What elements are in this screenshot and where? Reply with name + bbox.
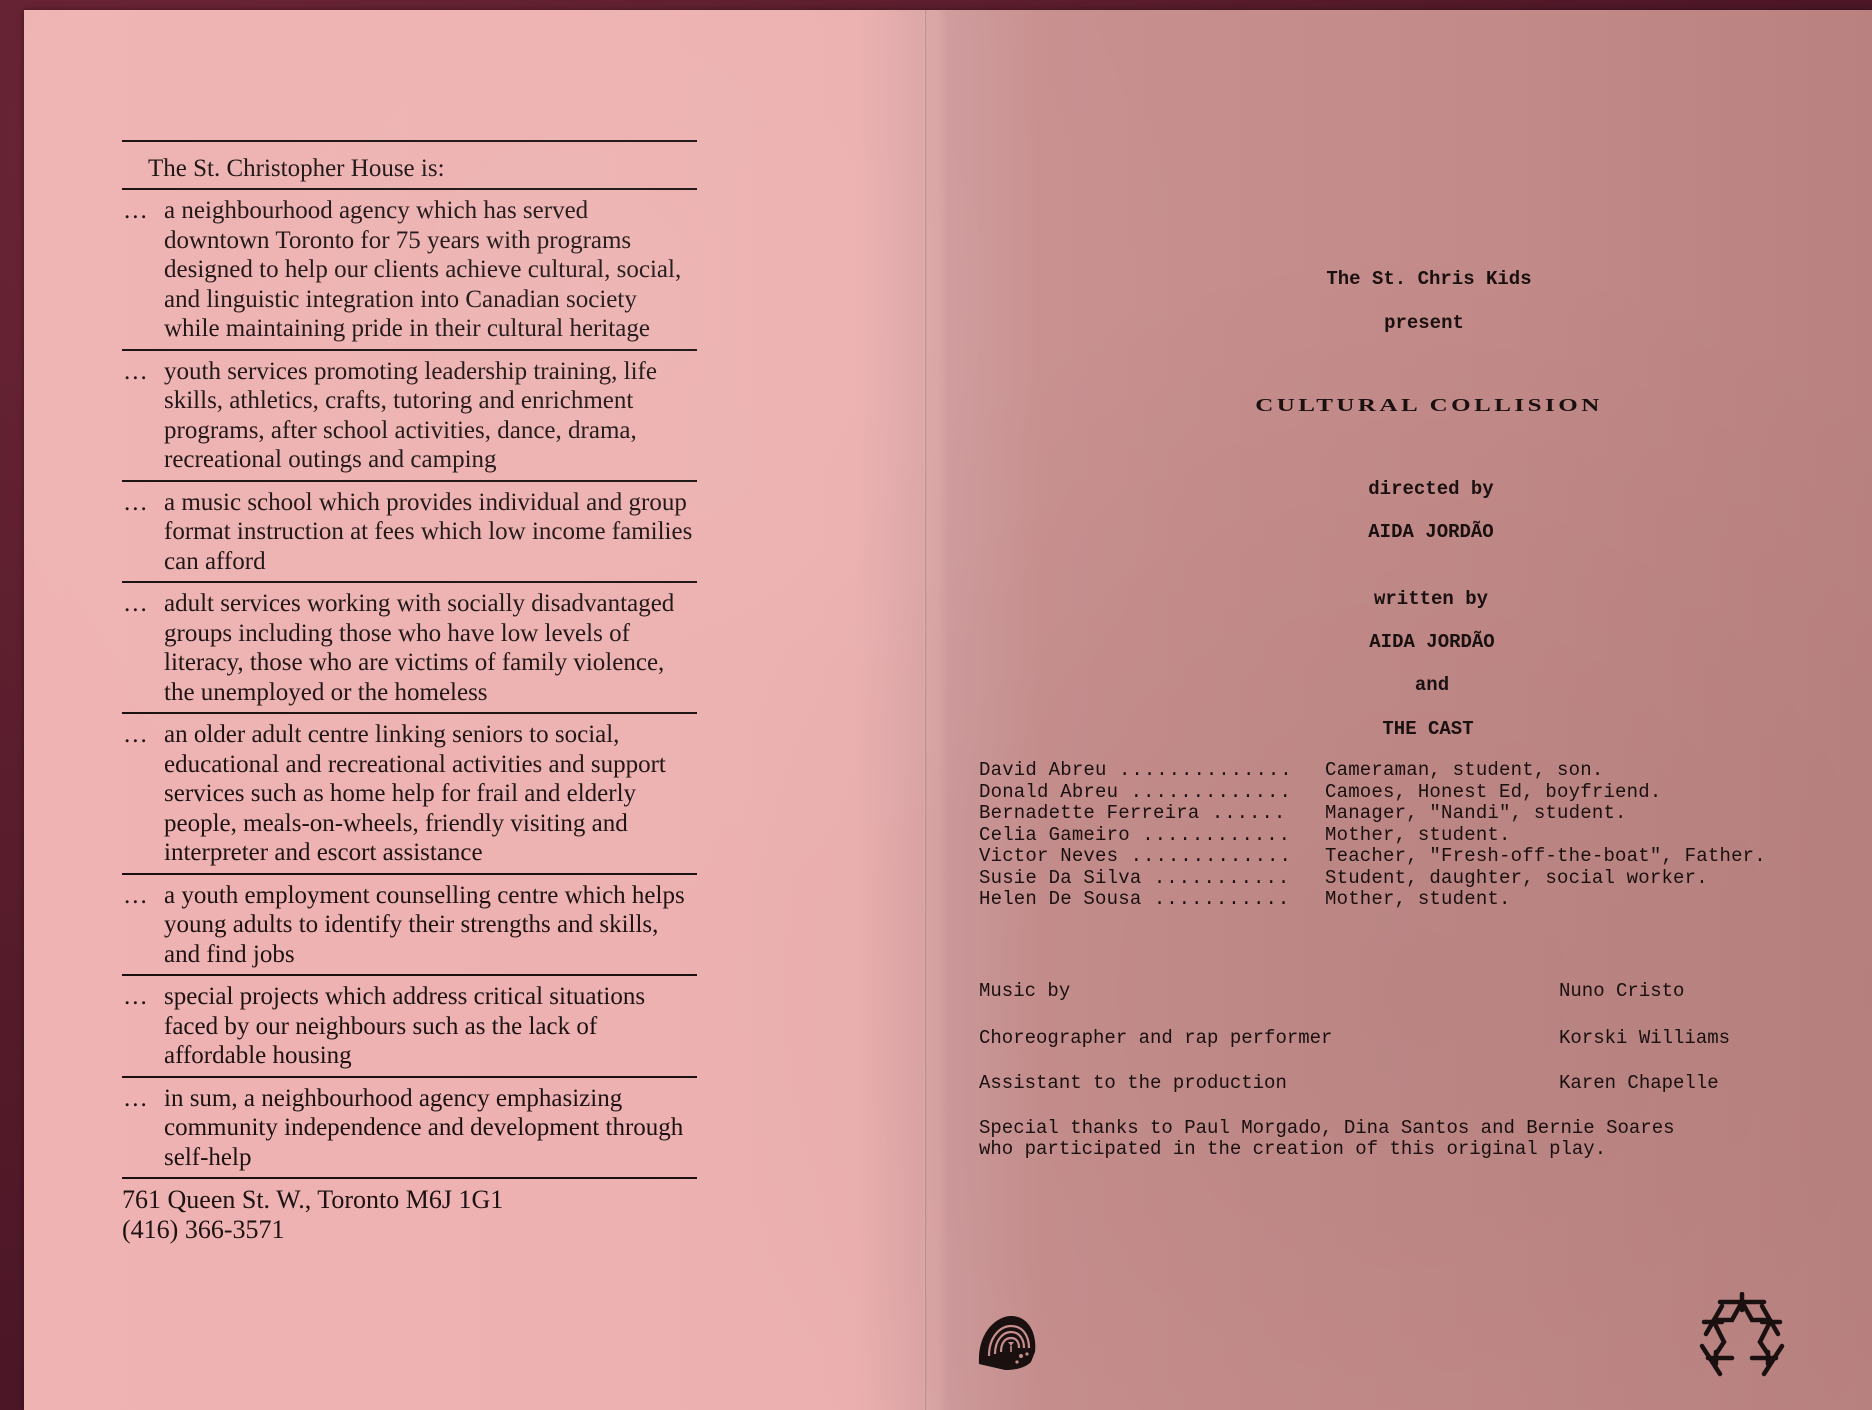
agency-item: ...a neighbourhood agency which has serv…: [122, 190, 697, 349]
ellipsis-lead: ...: [122, 881, 164, 970]
agency-item-text: an older adult centre linking seniors to…: [164, 720, 697, 868]
address-line: 761 Queen St. W., Toronto M6J 1G1: [122, 1185, 697, 1215]
actor-roles: Manager, "Nandi", student.: [1325, 803, 1627, 825]
agency-item: ...a youth employment counselling centre…: [122, 875, 697, 975]
ellipsis-lead: ...: [122, 196, 164, 344]
actor-name: Donald Abreu .............: [979, 782, 1325, 804]
and-label: and: [1182, 674, 1682, 696]
cast-row: Susie Da Silva ...........Student, daugh…: [979, 868, 1766, 890]
agency-item: ...youth services promoting leadership t…: [122, 351, 697, 480]
actor-name: Helen De Sousa ...........: [979, 889, 1325, 911]
actor-roles: Mother, student.: [1325, 825, 1511, 847]
credit-row: Choreographer and rap performer Korski W…: [979, 1027, 1799, 1049]
agency-item: ...in sum, a neighbourhood agency emphas…: [122, 1078, 697, 1178]
actor: Victor Neves: [979, 846, 1118, 867]
play-credits-panel: The St. Chris Kids present CULTURAL COLL…: [979, 10, 1859, 1410]
agency-item-text: youth services promoting leadership trai…: [164, 357, 697, 475]
actor-roles: Student, daughter, social worker.: [1325, 868, 1708, 890]
cast-list: David Abreu ..............Cameraman, stu…: [979, 760, 1766, 911]
present-label: present: [1174, 312, 1674, 334]
cast-row: Bernadette Ferreira ......Manager, "Nand…: [979, 803, 1766, 825]
cast-row: Donald Abreu .............Camoes, Honest…: [979, 782, 1766, 804]
agency-item: ...special projects which address critic…: [122, 976, 697, 1076]
ellipsis-lead: ...: [122, 357, 164, 475]
cast-row: David Abreu ..............Cameraman, stu…: [979, 760, 1766, 782]
agency-item-text: a neighbourhood agency which has served …: [164, 196, 697, 344]
leader-dots: ............: [1130, 825, 1291, 846]
actor: Susie Da Silva: [979, 868, 1141, 889]
actor: Celia Gameiro: [979, 825, 1130, 846]
presenter: The St. Chris Kids: [1179, 268, 1679, 290]
actor-roles: Teacher, "Fresh-off-the-boat", Father.: [1325, 846, 1766, 868]
cast-row: Celia Gameiro ............Mother, studen…: [979, 825, 1766, 847]
phone-number: (416) 366-3571: [122, 1215, 697, 1245]
play-title: CULTURAL COLLISION: [1179, 396, 1679, 416]
agency-item-text: adult services working with socially dis…: [164, 589, 697, 707]
credit-role: Assistant to the production: [979, 1072, 1287, 1094]
actor-name: Bernadette Ferreira ......: [979, 803, 1325, 825]
cast-row: Victor Neves .............Teacher, "Fres…: [979, 846, 1766, 868]
agency-item: ...adult services working with socially …: [122, 583, 697, 712]
credit-role: Music by: [979, 980, 1070, 1002]
actor: Helen De Sousa: [979, 889, 1141, 910]
programme-sheet: The St. Christopher House is: ...a neigh…: [24, 10, 1872, 1410]
actor-roles: Cameraman, student, son.: [1325, 760, 1603, 782]
leader-dots: ......: [1199, 803, 1286, 824]
actor: David Abreu: [979, 760, 1107, 781]
agency-item-text: a youth employment counselling centre wh…: [164, 881, 697, 970]
recycle-star-logo-icon: [1692, 1292, 1792, 1388]
credit-row: Assistant to the production Karen Chapel…: [979, 1072, 1799, 1094]
leader-dots: .............: [1118, 846, 1292, 867]
agency-item: ...an older adult centre linking seniors…: [122, 714, 697, 873]
actor-name: David Abreu ..............: [979, 760, 1325, 782]
agency-item-list: ...a neighbourhood agency which has serv…: [122, 190, 697, 1179]
leader-dots: ..............: [1107, 760, 1293, 781]
ellipsis-lead: ...: [122, 720, 164, 868]
leader-dots: ...........: [1141, 889, 1290, 910]
actor-name: Celia Gameiro ............: [979, 825, 1325, 847]
agency-heading: The St. Christopher House is:: [122, 142, 697, 188]
united-way-logo-icon: [975, 1312, 1039, 1374]
ellipsis-lead: ...: [122, 488, 164, 577]
actor-roles: Camoes, Honest Ed, boyfriend.: [1325, 782, 1661, 804]
credit-role: Choreographer and rap performer: [979, 1027, 1332, 1049]
leader-dots: .............: [1118, 782, 1292, 803]
credit-person: Nuno Cristo: [1559, 980, 1799, 1002]
actor-name: Victor Neves .............: [979, 846, 1325, 868]
actor: Donald Abreu: [979, 782, 1118, 803]
special-thanks: Special thanks to Paul Morgado, Dina San…: [979, 1118, 1839, 1160]
agency-item-text: special projects which address critical …: [164, 982, 697, 1071]
leader-dots: ...........: [1141, 868, 1290, 889]
credit-person: Karen Chapelle: [1559, 1072, 1799, 1094]
credit-row: Music by Nuno Cristo: [979, 980, 1799, 1002]
ellipsis-lead: ...: [122, 1084, 164, 1173]
agency-description-panel: The St. Christopher House is: ...a neigh…: [122, 140, 697, 1245]
credit-person: Korski Williams: [1559, 1027, 1799, 1049]
ellipsis-lead: ...: [122, 589, 164, 707]
agency-address: 761 Queen St. W., Toronto M6J 1G1 (416) …: [122, 1179, 697, 1245]
actor-roles: Mother, student.: [1325, 889, 1511, 911]
writer-name: AIDA JORDÃO: [1182, 631, 1682, 653]
ellipsis-lead: ...: [122, 982, 164, 1071]
actor: Bernadette Ferreira: [979, 803, 1199, 824]
center-fold: [924, 10, 927, 1410]
the-cast-heading: THE CAST: [1178, 718, 1678, 740]
actor-name: Susie Da Silva ...........: [979, 868, 1325, 890]
agency-item-text: in sum, a neighbourhood agency emphasizi…: [164, 1084, 697, 1173]
director-name: AIDA JORDÃO: [1181, 521, 1681, 543]
directed-by-label: directed by: [1181, 478, 1681, 500]
agency-item-text: a music school which provides individual…: [164, 488, 697, 577]
cast-row: Helen De Sousa ...........Mother, studen…: [979, 889, 1766, 911]
written-by-label: written by: [1181, 588, 1681, 610]
agency-item: ...a music school which provides individ…: [122, 482, 697, 582]
